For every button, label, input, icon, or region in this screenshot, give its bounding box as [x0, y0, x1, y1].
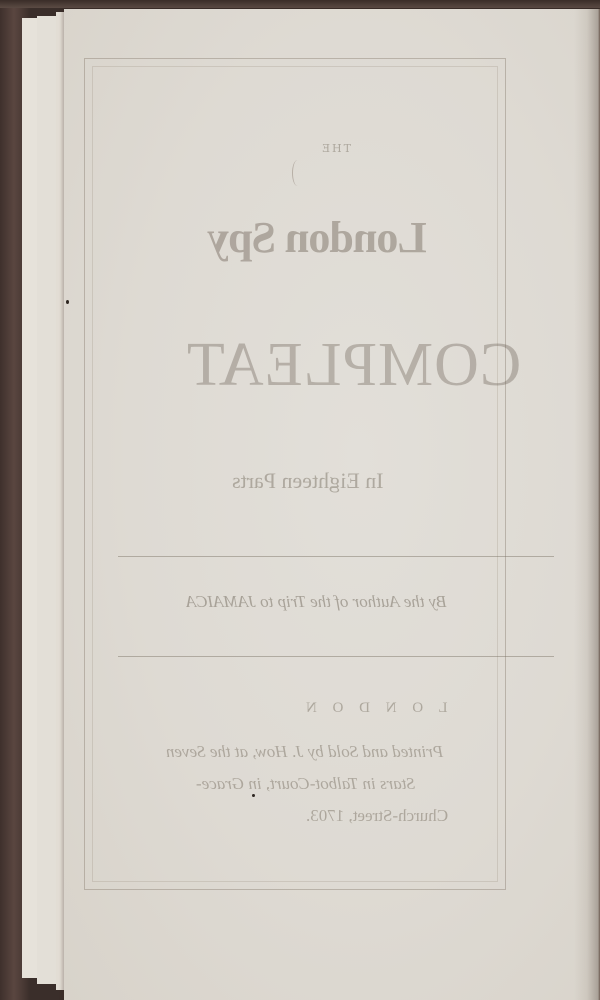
bleed-title-london-spy: London Spy [208, 212, 427, 263]
bleed-kicker: THE [320, 142, 351, 155]
rule-top [118, 556, 554, 557]
page-gutter-shadow [574, 9, 600, 1000]
bleed-imprint-line-3: Church-Street, 1703. [306, 806, 448, 826]
paper-crease [292, 160, 303, 186]
bleed-author-line: By the Author of the Trip to JAMAICA [186, 592, 447, 612]
bleed-imprint-line-1: Printed and Sold by J. How, at the Seven [166, 742, 443, 762]
bleed-title-compleat: COMPLEAT [186, 330, 521, 401]
bleed-subtitle: In Eighteen Parts [232, 468, 384, 494]
bleed-imprint-line-2: Stars in Talbot-Court, in Grace- [196, 774, 415, 794]
binding-top-edge [0, 0, 600, 8]
ink-speck [252, 794, 255, 797]
rule-bottom [118, 656, 554, 657]
bleed-imprint-city: L O N D O N [300, 700, 448, 717]
ink-speck [66, 300, 69, 304]
